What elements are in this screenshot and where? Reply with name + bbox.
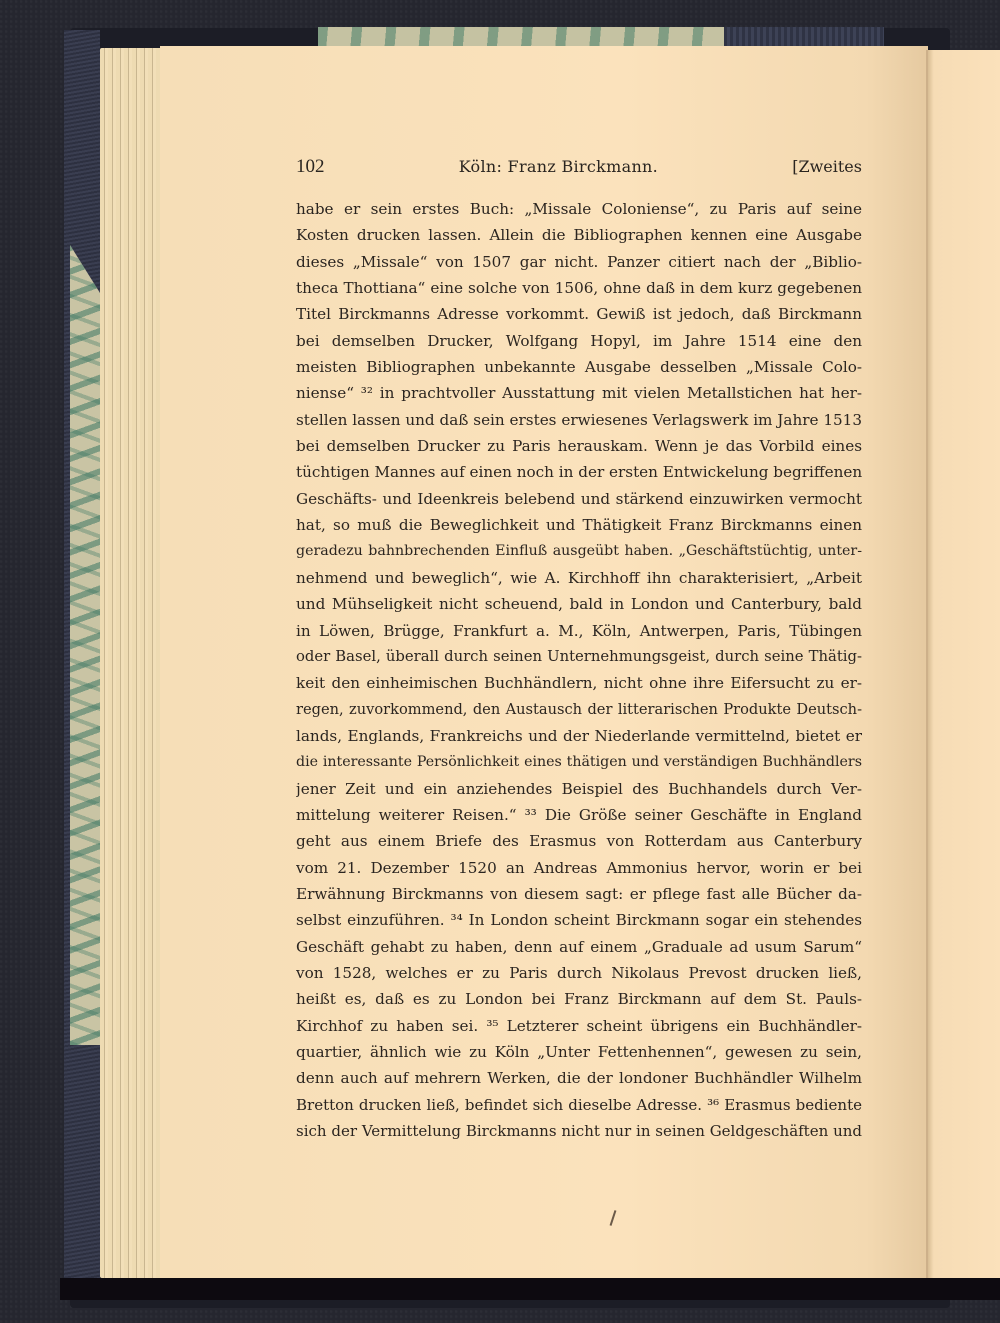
text-line: heißt es, daß es zu London bei Franz Bir… bbox=[296, 986, 862, 1012]
section-marker: [Zweites bbox=[792, 157, 862, 176]
marbled-endpaper-top bbox=[318, 27, 724, 47]
text-line: niense“ ³² in prachtvoller Ausstattung m… bbox=[296, 380, 862, 406]
text-line: stellen lassen und daß sein erstes erwie… bbox=[296, 407, 862, 433]
text-line: vom 21. Dezember 1520 an Andreas Ammoniu… bbox=[296, 855, 862, 881]
text-line: Bretton drucken ließ, befindet sich dies… bbox=[296, 1092, 862, 1118]
text-line: denn auch auf mehrern Werken, die der lo… bbox=[296, 1065, 862, 1091]
text-line: bei demselben Drucker, Wolfgang Hopyl, i… bbox=[296, 328, 862, 354]
text-line: theca Thottiana“ eine solche von 1506, o… bbox=[296, 275, 862, 301]
text-line: lands, Englands, Frankreichs und der Nie… bbox=[296, 723, 862, 749]
text-line: sich der Vermittelung Birckmanns nicht n… bbox=[296, 1118, 862, 1144]
bottom-shadow bbox=[60, 1278, 1000, 1300]
text-line: oder Basel, überall durch seinen Unterne… bbox=[296, 644, 862, 670]
text-line: keit den einheimischen Buchhändlern, nic… bbox=[296, 670, 862, 696]
marbled-endpaper-left bbox=[70, 245, 100, 1045]
text-line: Geschäfts- und Ideenkreis belebend und s… bbox=[296, 486, 862, 512]
text-line: mittelung weiterer Reisen.“ ³³ Die Größe… bbox=[296, 802, 862, 828]
text-line: von 1528, welches er zu Paris durch Niko… bbox=[296, 960, 862, 986]
text-line: jener Zeit und ein anziehendes Beispiel … bbox=[296, 776, 862, 802]
text-line: Kirchhof zu haben sei. ³⁵ Letzterer sche… bbox=[296, 1013, 862, 1039]
text-line: und Mühseligkeit nicht scheuend, bald in… bbox=[296, 591, 862, 617]
text-line: Kosten drucken lassen. Allein die Biblio… bbox=[296, 222, 862, 248]
page-edge-stack bbox=[100, 48, 162, 1278]
leather-corner-top bbox=[724, 27, 884, 47]
text-line: Geschäft gehabt zu haben, denn auf einem… bbox=[296, 934, 862, 960]
text-line: geradezu bahnbrechenden Einfluß ausgeübt… bbox=[296, 538, 862, 564]
text-line: die interessante Persönlichkeit eines th… bbox=[296, 749, 862, 775]
text-line: bei demselben Drucker zu Paris herauskam… bbox=[296, 433, 862, 459]
running-header: 102 Köln: Franz Birckmann. [Zweites bbox=[296, 156, 862, 184]
text-line: Titel Birckmanns Adresse vorkommt. Gewiß… bbox=[296, 301, 862, 327]
text-line: nehmend und beweglich“, wie A. Kirchhoff… bbox=[296, 565, 862, 591]
text-line: regen, zuvorkommend, den Austausch der l… bbox=[296, 697, 862, 723]
page-number: 102 bbox=[296, 156, 325, 178]
text-line: habe er sein erstes Buch: „Missale Colon… bbox=[296, 196, 862, 222]
text-line: meisten Bibliographen unbekannte Ausgabe… bbox=[296, 354, 862, 380]
text-line: in Löwen, Brügge, Frankfurt a. M., Köln,… bbox=[296, 618, 862, 644]
text-line: hat, so muß die Beweglichkeit und Thätig… bbox=[296, 512, 862, 538]
running-title: Köln: Franz Birckmann. bbox=[459, 157, 658, 176]
text-line: selbst einzuführen. ³⁴ In London scheint… bbox=[296, 907, 862, 933]
text-line: tüchtigen Mannes auf einen noch in der e… bbox=[296, 459, 862, 485]
facing-page-edge bbox=[928, 50, 1000, 1278]
text-line: dieses „Missale“ von 1507 gar nicht. Pan… bbox=[296, 249, 862, 275]
body-text: habe er sein erstes Buch: „Missale Colon… bbox=[296, 196, 862, 1144]
text-line: quartier, ähnlich wie zu Köln „Unter Fet… bbox=[296, 1039, 862, 1065]
text-line: geht aus einem Briefe des Erasmus von Ro… bbox=[296, 828, 862, 854]
text-line: Erwähnung Birckmanns von diesem sagt: er… bbox=[296, 881, 862, 907]
